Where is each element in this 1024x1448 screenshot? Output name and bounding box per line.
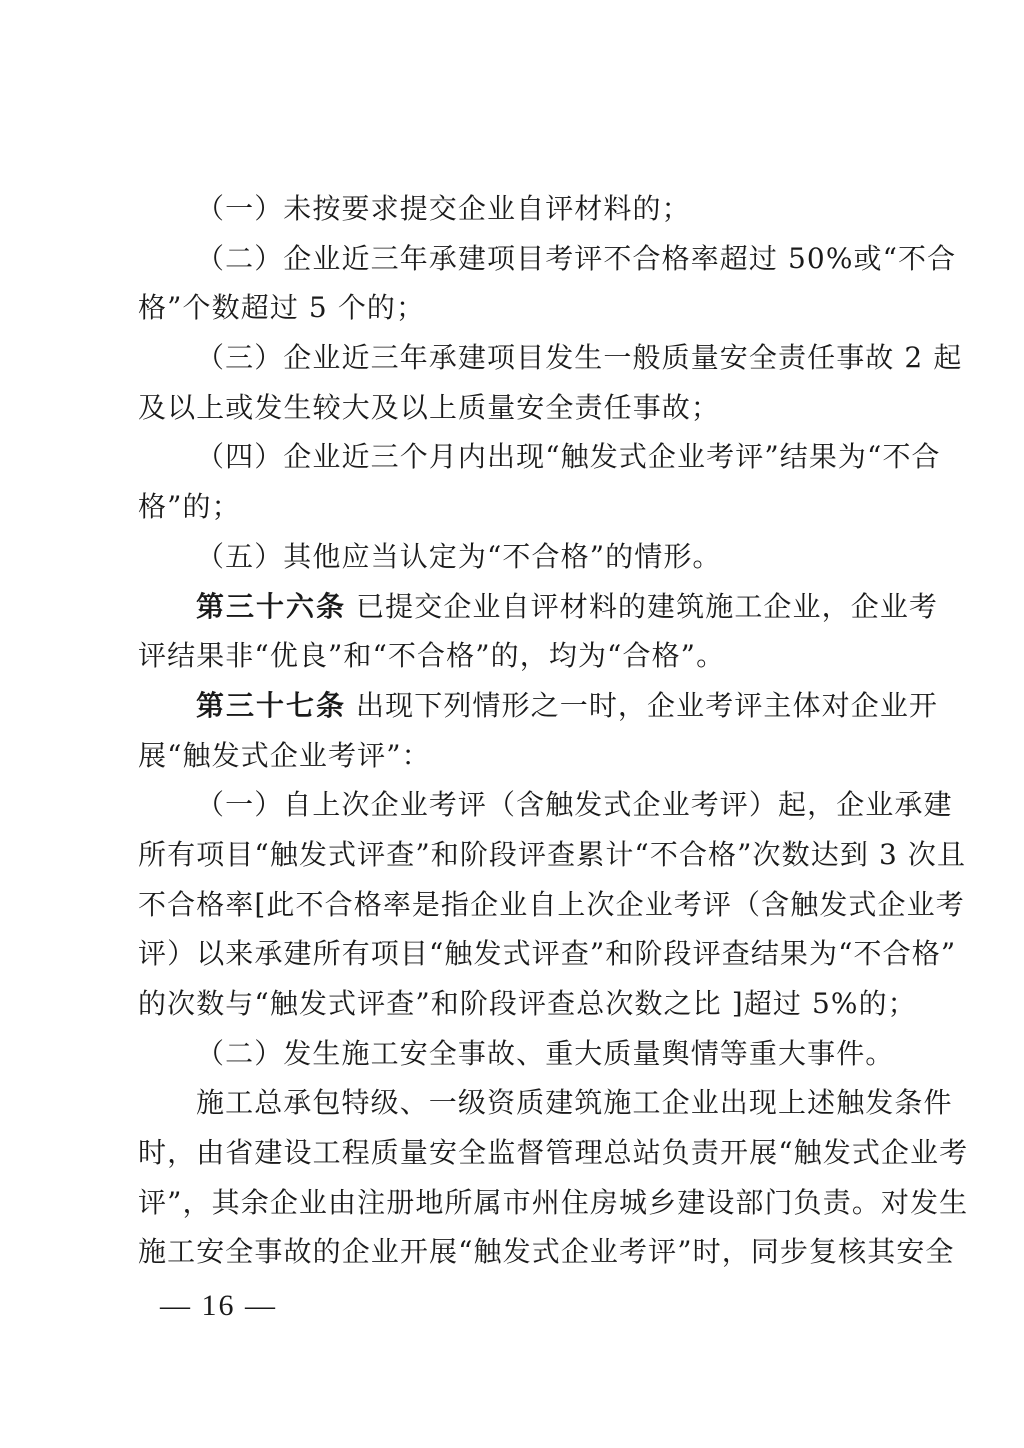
- text-line: （五）其他应当认定为“不合格”的情形。: [138, 532, 890, 582]
- text-line: 不合格率[此不合格率是指企业自上次企业考评（含触发式企业考: [138, 880, 890, 930]
- text-line: 所有项目“触发式评查”和阶段评查累计“不合格”次数达到 3 次且: [138, 830, 890, 880]
- page-number: — 16 —: [160, 1289, 277, 1323]
- text-line: 格”的；: [138, 482, 890, 532]
- text-line: （一）未按要求提交企业自评材料的；: [138, 184, 890, 234]
- text-line: （一）自上次企业考评（含触发式企业考评）起，企业承建: [138, 780, 890, 830]
- document-body: （一）未按要求提交企业自评材料的； （二）企业近三年承建项目考评不合格率超过 5…: [138, 184, 890, 1277]
- article-37-heading: 第三十七条: [196, 689, 346, 722]
- text-line: 格”个数超过 5 个的；: [138, 283, 890, 333]
- text-line: 评）以来承建所有项目“触发式评查”和阶段评查结果为“不合格”: [138, 929, 890, 979]
- article-37-text: 出现下列情形之一时，企业考评主体对企业开: [346, 689, 938, 722]
- text-line: （三）企业近三年承建项目发生一般质量安全责任事故 2 起: [138, 333, 890, 383]
- article-37-line: 第三十七条 出现下列情形之一时，企业考评主体对企业开: [138, 681, 890, 731]
- text-line: 施工总承包特级、一级资质建筑施工企业出现上述触发条件: [138, 1078, 890, 1128]
- article-36-text: 已提交企业自评材料的建筑施工企业，企业考: [346, 590, 938, 623]
- text-line: （二）企业近三年承建项目考评不合格率超过 50%或“不合: [138, 234, 890, 284]
- text-line: 评”，其余企业由注册地所属市州住房城乡建设部门负责。对发生: [138, 1178, 890, 1228]
- article-36-line: 第三十六条 已提交企业自评材料的建筑施工企业，企业考: [138, 582, 890, 632]
- text-line: （四）企业近三个月内出现“触发式企业考评”结果为“不合: [138, 432, 890, 482]
- text-line: 评结果非“优良”和“不合格”的，均为“合格”。: [138, 631, 890, 681]
- text-line: 及以上或发生较大及以上质量安全责任事故；: [138, 383, 890, 433]
- text-line: （二）发生施工安全事故、重大质量舆情等重大事件。: [138, 1029, 890, 1079]
- article-36-heading: 第三十六条: [196, 590, 346, 623]
- text-line: 施工安全事故的企业开展“触发式企业考评”时，同步复核其安全: [138, 1227, 890, 1277]
- text-line: 的次数与“触发式评查”和阶段评查总次数之比 ]超过 5%的；: [138, 979, 890, 1029]
- text-line: 时，由省建设工程质量安全监督管理总站负责开展“触发式企业考: [138, 1128, 890, 1178]
- text-line: 展“触发式企业考评”：: [138, 731, 890, 781]
